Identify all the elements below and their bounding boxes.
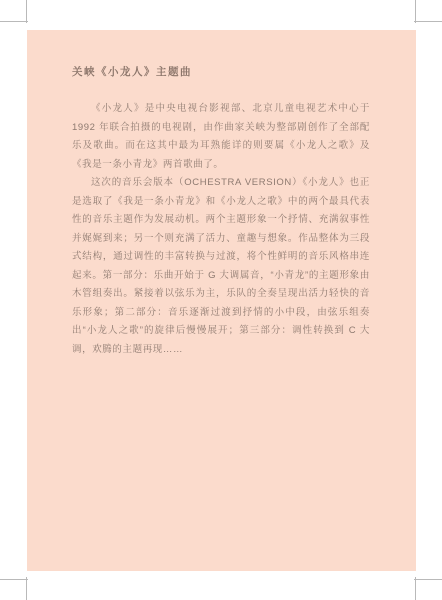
paragraph-2: 这次的音乐会版本（OCHESTRA VERSION）《小龙人》也正是选取了《我是… — [72, 174, 370, 359]
document-title: 关峡《小龙人》主题曲 — [72, 64, 370, 79]
document-body: 《小龙人》是中央电视台影视部、北京儿童电视艺术中心于 1992 年联合拍摄的电视… — [72, 100, 370, 359]
crop-mark-bottom-right-vertical — [415, 577, 416, 600]
crop-mark-top-right-vertical — [415, 0, 416, 23]
crop-mark-top-left-vertical — [26, 0, 27, 23]
crop-mark-top-left-horizontal — [0, 21, 28, 22]
paragraph-1: 《小龙人》是中央电视台影视部、北京儿童电视艺术中心于 1992 年联合拍摄的电视… — [72, 100, 370, 174]
crop-mark-bottom-left-vertical — [26, 577, 27, 600]
content-panel: 关峡《小龙人》主题曲 《小龙人》是中央电视台影视部、北京儿童电视艺术中心于 19… — [27, 30, 416, 571]
crop-mark-bottom-left-horizontal — [0, 579, 28, 580]
crop-mark-bottom-right-horizontal — [414, 579, 442, 580]
crop-mark-top-right-horizontal — [414, 21, 442, 22]
document-page: 关峡《小龙人》主题曲 《小龙人》是中央电视台影视部、北京儿童电视艺术中心于 19… — [0, 0, 442, 600]
